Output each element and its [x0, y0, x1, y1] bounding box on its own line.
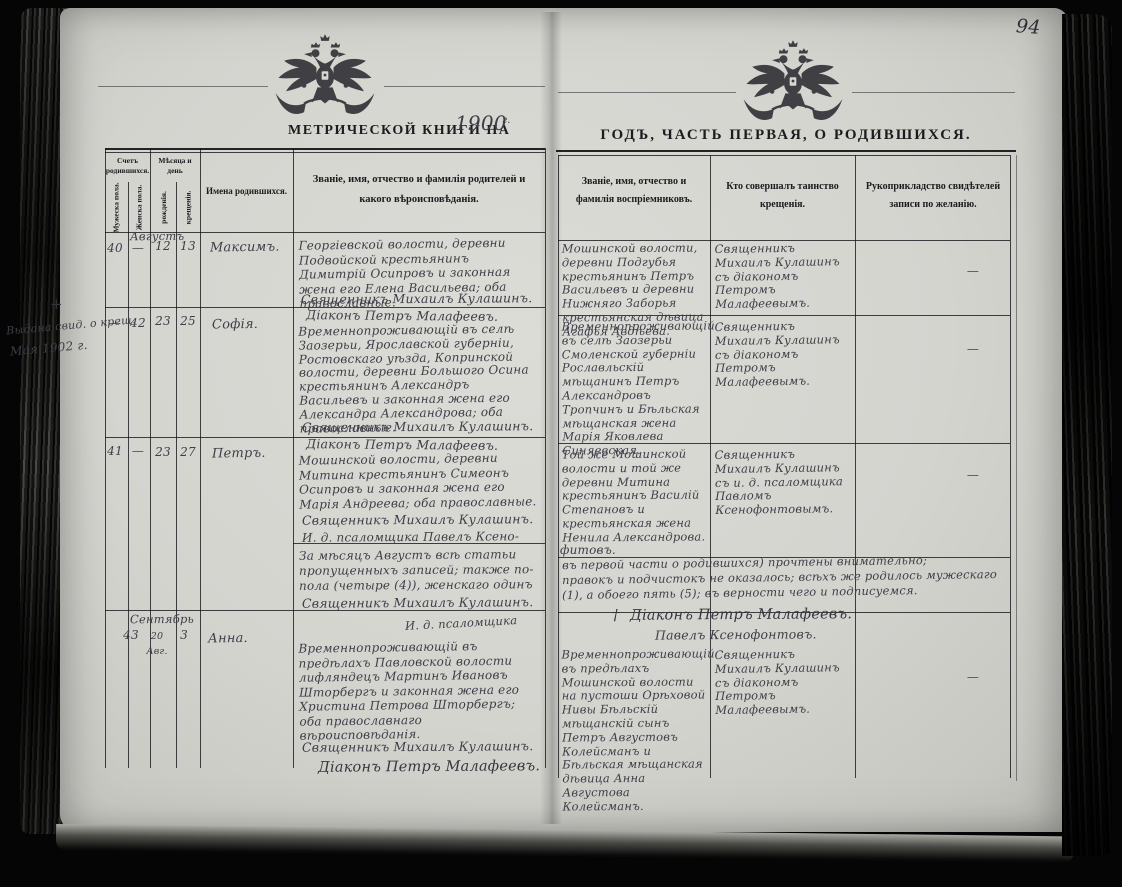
column-header-birth-day: рожденія. — [150, 183, 176, 231]
witness-dash: — — [938, 468, 1008, 483]
record-baptism-day: 25 — [177, 314, 199, 329]
record-name: Софія. — [212, 317, 292, 333]
record-officiant-text: Священникъ Михаилъ Кулашинъ съ діакономъ… — [715, 319, 854, 390]
priest-signature: Священникъ Михаилъ Кулашинъ. — [301, 291, 532, 307]
right-page-title: ГОДЪ, ЧАСТЬ ПЕРВАЯ, О РОДИВШИХСЯ. — [560, 127, 1012, 144]
record-parents-text: Временнопроживающій въ предѣлахъ Павловс… — [298, 638, 539, 743]
record-godparents-text: Той же Мошинской волости и той же деревн… — [562, 447, 707, 545]
priest-signature: Священникъ Михаилъ Кулашинъ. — [302, 419, 533, 435]
column-header-female-count: Женска пола. — [128, 183, 150, 231]
column-header-witnesses: Рукоприкладство свидѣтелей записи по жел… — [860, 178, 1006, 214]
archival-book-photo: 94 МЕТРИЧЕСКОЙ КНИГИ НА 1900 г. — [0, 0, 1122, 887]
record-birth-day: 12 — [151, 239, 175, 254]
record-female-number: — — [127, 241, 149, 256]
column-header-parents: Званіе, имя, отчество и фамилія родителе… — [300, 170, 538, 210]
psalmist-signature: Павелъ Ксенофонтовъ. — [655, 627, 817, 643]
record-godparents-text: Временнопроживающій въ селѣ Заозерьи Смо… — [562, 319, 707, 458]
priest-signature: Священникъ Михаилъ Кулашинъ. — [302, 595, 533, 611]
column-header-godparents: Званіе, имя, отчество и фамилія воспріем… — [565, 173, 703, 209]
summary-line: пола (четыре (4)), женскаго одинъ — [299, 577, 543, 593]
deacon-signature: Діаконъ Петръ Малафеевъ. — [630, 607, 852, 623]
summary-line: За мѣсяцъ Августъ всѣ статьи — [299, 547, 543, 563]
priest-signature: Священникъ Михаилъ Кулашинъ. — [302, 512, 533, 528]
witness-dash: — — [938, 342, 1008, 357]
imperial-eagle-emblem — [736, 38, 850, 126]
ornament-rule — [98, 86, 268, 87]
record-baptism-day: 27 — [177, 445, 199, 460]
column-header-male-count: Мужеска пола. — [105, 183, 128, 231]
record-female-number: 43 — [120, 628, 142, 643]
record-name: Петръ. — [212, 446, 292, 462]
record-birth-day: 23 — [151, 314, 175, 329]
record-female-number: — — [127, 444, 149, 459]
column-header-names: Имена родившихся. — [202, 186, 291, 196]
column-header-baptism-day: крещенія. — [176, 183, 200, 231]
psalmist-signature: И. д. псаломщика Павелъ Ксено- — [302, 529, 519, 545]
record-officiant-text: Священникъ Михаилъ Кулашинъ съ діакономъ… — [715, 647, 854, 718]
handwritten-year: 1900 — [455, 116, 507, 131]
psalmist-signature-continuation: фитовъ. — [560, 543, 616, 558]
record-baptism-day: 13 — [177, 239, 199, 254]
ornament-rule — [558, 92, 736, 93]
record-name: Анна. — [208, 631, 288, 647]
record-baptism-day: 3 — [174, 628, 194, 643]
record-male-number: 41 — [104, 444, 126, 459]
month-label: Сентябрь — [130, 612, 208, 627]
record-officiant-text: Священникъ Михаилъ Кулашинъ съ и. д. пса… — [715, 447, 854, 518]
ink-cross-mark: † — [612, 608, 620, 623]
record-birth-day: 23 — [151, 445, 175, 460]
record-name: Максимъ. — [210, 240, 290, 256]
deacon-signature: Діаконъ Петръ Малафеевъ. — [318, 759, 540, 775]
column-header-officiant: Кто совершалъ таинство крещенія. — [716, 178, 849, 214]
witness-dash: — — [938, 670, 1008, 685]
record-male-number: 40 — [104, 241, 126, 256]
book-fore-edge-right — [1062, 14, 1112, 856]
witness-dash: — — [938, 264, 1008, 279]
record-parents-text: Мошинской волости, деревни Митина кресть… — [299, 450, 540, 511]
margin-cross-mark: + — [50, 297, 63, 312]
column-header-count-group: Счетъ родившихся. — [105, 156, 150, 176]
folio-number: 94 — [1016, 19, 1042, 35]
priest-signature: Священникъ Михаилъ Кулашинъ. — [302, 739, 533, 755]
record-officiant-text: Священникъ Михаилъ Кулашинъ съ діакономъ… — [715, 241, 854, 312]
imperial-eagle-emblem — [268, 32, 382, 120]
handwritten-year-suffix: г. — [502, 114, 511, 129]
record-birth-day: 20 Авг. — [140, 630, 174, 659]
record-godparents-text: Временнопроживающій въ предѣлахъ Мошинск… — [561, 647, 706, 814]
ornament-rule — [852, 92, 1015, 93]
ornament-rule — [384, 86, 545, 87]
column-header-month-group: Мѣсяца и день — [150, 156, 200, 176]
summary-line: пропущенныхъ записей; также по- — [299, 562, 543, 578]
